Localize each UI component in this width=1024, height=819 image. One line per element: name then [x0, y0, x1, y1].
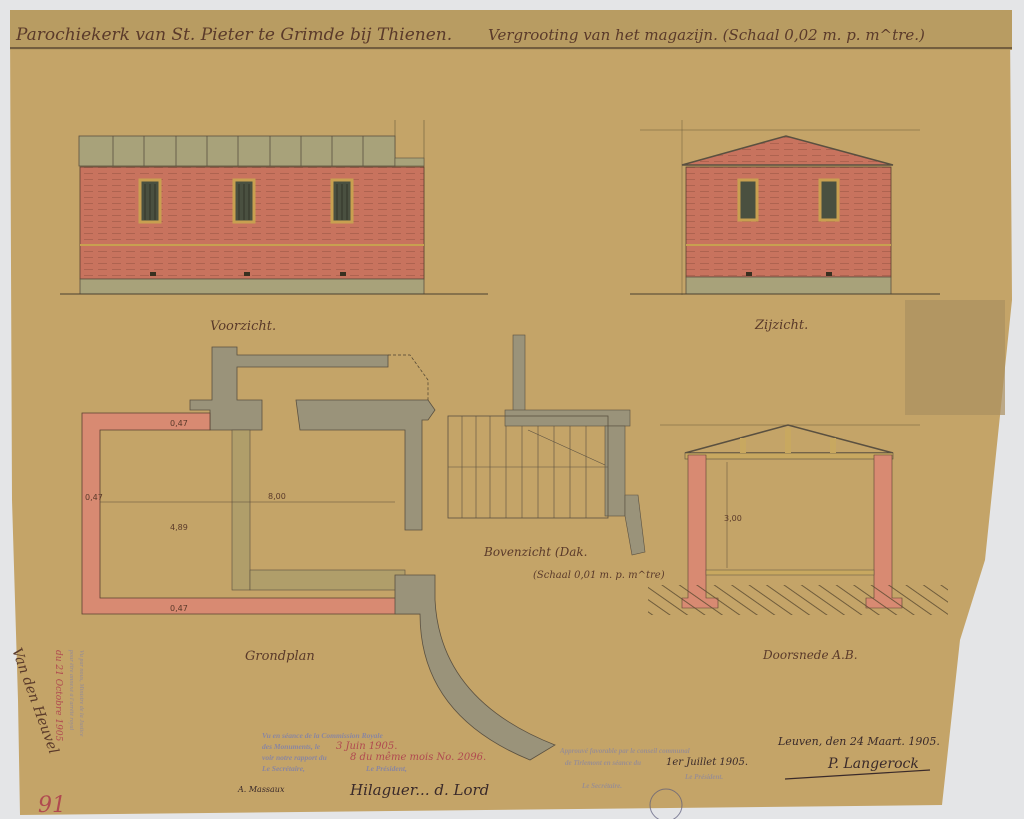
roof-plan-label: Bovenzicht (Dak.: [483, 545, 587, 559]
ground-plan-label: Grondplan: [245, 649, 315, 664]
margin-line2: pour être annexé à l'arrêté royal: [68, 649, 74, 730]
commission-line3: voir notre rapport du: [262, 753, 327, 762]
plan-dim-depth: 4,89: [170, 523, 188, 532]
council-line1: Approuvé favorable par le conseil commun…: [559, 747, 690, 755]
architectural-drawing-sheet: Parochiekerk van St. Pieter te Grimde bi…: [0, 0, 1024, 819]
plan-dim-width: 8,00: [268, 492, 286, 501]
council-president: Le Président.: [684, 773, 723, 781]
commission-line2: des Monuments, le: [262, 742, 321, 751]
council-date: 1er Juillet 1905.: [666, 757, 748, 768]
commission-president: Le Président,: [365, 764, 407, 773]
side-elevation-label: Zijzicht.: [754, 318, 808, 333]
margin-line1: Vu par nous, Ministre de la Justice: [78, 650, 84, 737]
signature-secretary: A. Massaux: [237, 785, 285, 794]
margin-line3: du 21 Octobre 1905: [53, 650, 63, 742]
commission-date: 3 Juin 1905.: [336, 741, 397, 752]
council-secretary: Le Secrétaire.: [581, 782, 622, 790]
plan-dim-wall-bottom: 0,47: [170, 604, 188, 613]
roof-plan-scale: (Schaal 0,01 m. p. m^tre): [533, 570, 665, 581]
commission-report: 8 du même mois No. 2096.: [350, 752, 486, 763]
commission-line1: Vu en séance de la Commission Royale: [262, 731, 384, 740]
front-elevation-label: Voorzicht.: [210, 319, 276, 334]
red-mark: 91: [38, 793, 66, 818]
title-right: Vergrooting van het magazijn. (Schaal 0,…: [488, 26, 925, 44]
section-dim-height: 3,00: [724, 514, 742, 523]
council-line2: de Tirlemont en séance du: [565, 759, 641, 767]
title-left: Parochiekerk van St. Pieter te Grimde bi…: [15, 25, 452, 45]
plan-dim-wall-left: 0,47: [85, 493, 103, 502]
signature-president: Hilaguer... d. Lord: [349, 781, 489, 799]
commission-secretary: Le Secrétaire,: [261, 764, 305, 773]
section-label: Doorsnede A.B.: [762, 648, 858, 662]
architect-signature: P. Langerock: [827, 756, 919, 772]
plan-dim-wall-top: 0,47: [170, 419, 188, 428]
place-date: Leuven, den 24 Maart. 1905.: [777, 735, 940, 748]
